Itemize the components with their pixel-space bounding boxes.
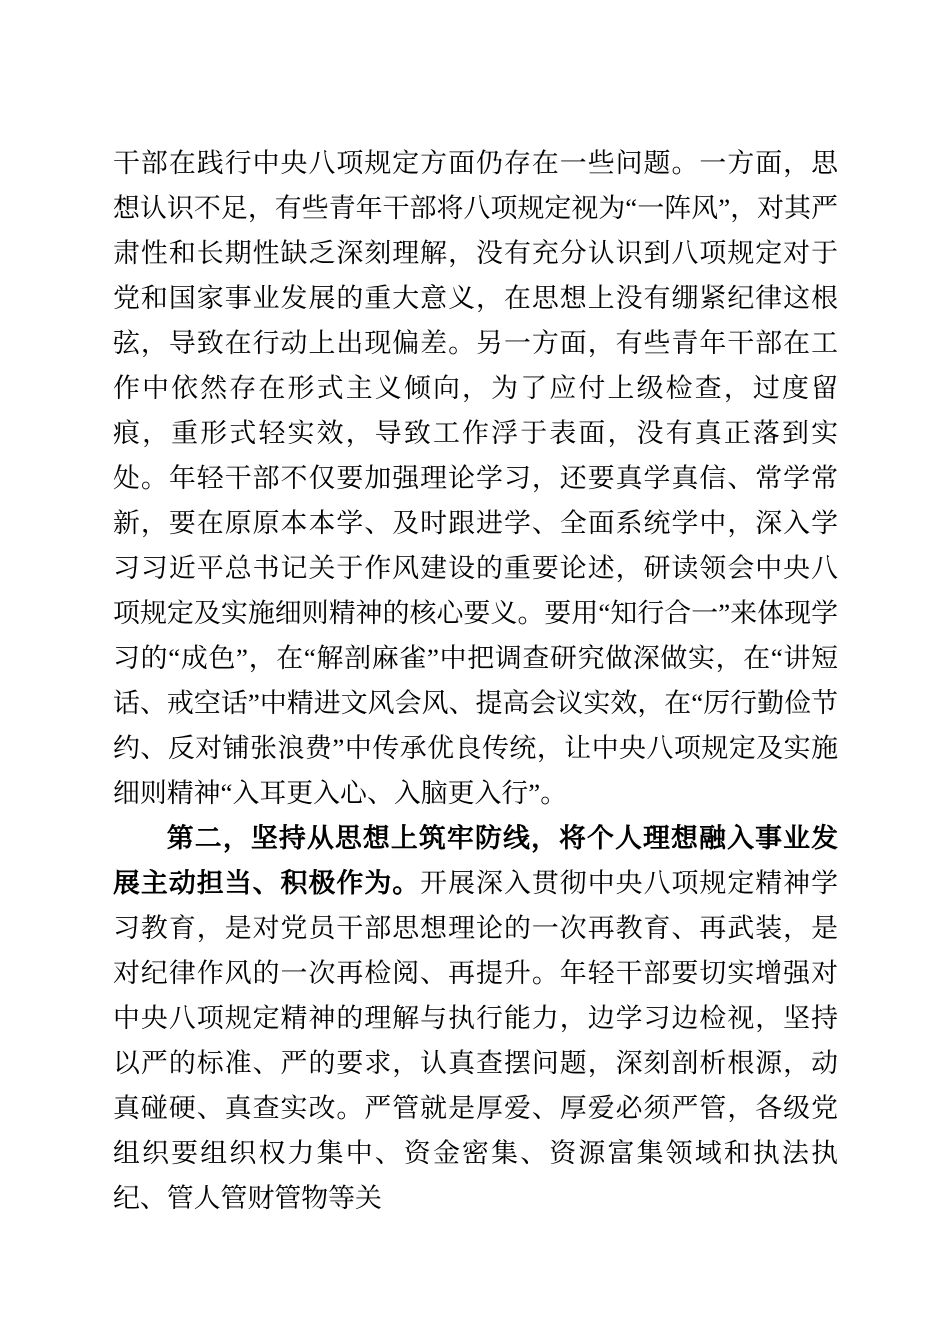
paragraph-text: 干部在践行中央八项规定方面仍存在一些问题。一方面，思想认识不足，有些青年干部将八… [113,148,838,808]
paragraph-continuation: 干部在践行中央八项规定方面仍存在一些问题。一方面，思想认识不足，有些青年干部将八… [113,141,838,816]
document-body: 干部在践行中央八项规定方面仍存在一些问题。一方面，思想认识不足，有些青年干部将八… [113,141,838,1221]
paragraph-second-point: 第二，坚持从思想上筑牢防线，将个人理想融入事业发展主动担当、积极作为。开展深入贯… [113,816,838,1221]
document-page: 干部在践行中央八项规定方面仍存在一些问题。一方面，思想认识不足，有些青年干部将八… [0,0,950,1344]
paragraph-body-text: 开展深入贯彻中央八项规定精神学习教育，是对党员干部思想理论的一次再教育、再武装，… [113,868,838,1213]
